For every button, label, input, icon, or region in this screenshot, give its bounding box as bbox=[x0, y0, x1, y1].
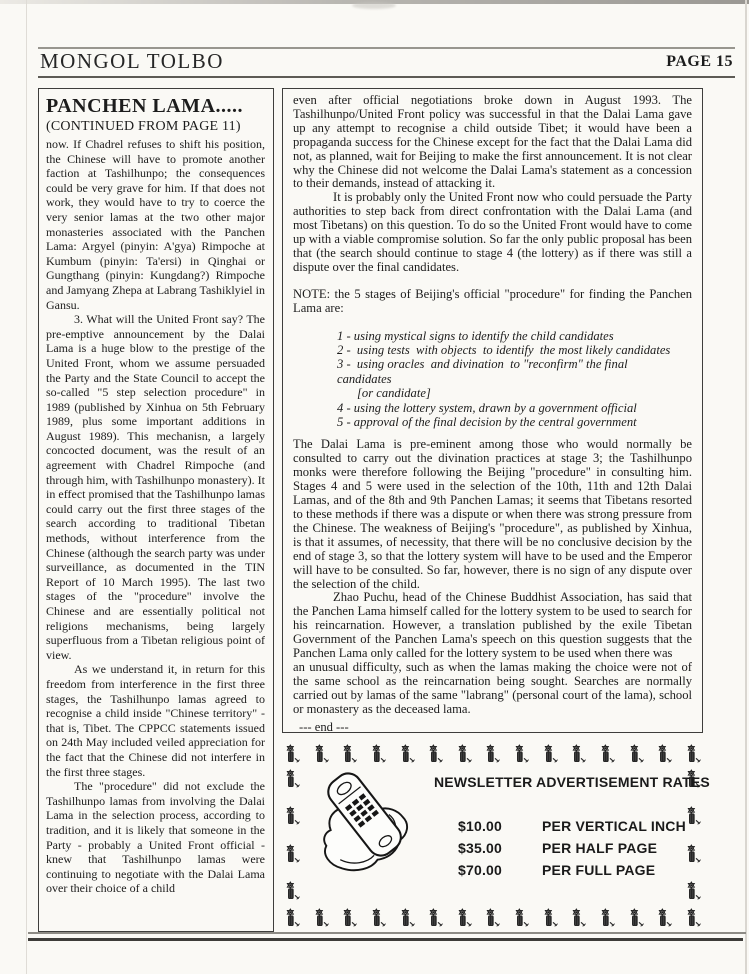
rate-price: $35.00 bbox=[458, 840, 542, 856]
paragraph: even after official negotiations broke d… bbox=[293, 94, 692, 191]
scan-artifact-right-edge bbox=[745, 0, 747, 974]
rate-unit: PER FULL PAGE bbox=[542, 862, 710, 878]
note-text: NOTE: the 5 stages of Beijing's official… bbox=[293, 288, 692, 316]
stage-list: 1 - using mystical signs to identify the… bbox=[337, 329, 692, 430]
paragraph: now. If Chadrel refuses to shift his pos… bbox=[46, 137, 265, 312]
firecracker-icon bbox=[571, 907, 587, 929]
firecracker-icon bbox=[285, 907, 301, 929]
header-rule-bottom bbox=[38, 76, 735, 78]
paragraph-gap bbox=[293, 275, 692, 288]
scan-artifact-left-edge bbox=[26, 0, 27, 974]
advertisement-content: NEWSLETTER ADVERTISEMENT RATES $10.00 PE… bbox=[302, 762, 683, 900]
rates-table: $10.00 PER VERTICAL INCH $35.00 PER HALF… bbox=[434, 818, 710, 878]
firecracker-icon bbox=[285, 743, 301, 765]
firecracker-icon bbox=[686, 907, 702, 929]
firecracker-icon bbox=[371, 907, 387, 929]
article-subtitle: (CONTINUED FROM PAGE 11) bbox=[46, 119, 265, 135]
firecracker-icon bbox=[285, 768, 301, 790]
firecracker-icon bbox=[657, 907, 673, 929]
paragraph-gap bbox=[293, 316, 692, 329]
end-mark: --- end --- bbox=[299, 720, 692, 733]
advertisement-text: NEWSLETTER ADVERTISEMENT RATES $10.00 PE… bbox=[428, 762, 710, 900]
firecracker-icon bbox=[285, 843, 301, 865]
stage-item: 3 - using oracles and divination to "rec… bbox=[337, 357, 692, 386]
article-left-column: PANCHEN LAMA..... (CONTINUED FROM PAGE 1… bbox=[38, 88, 274, 932]
firecracker-icon bbox=[543, 907, 559, 929]
footer-rule-top bbox=[28, 932, 746, 934]
firecracker-border-bottom bbox=[282, 906, 705, 930]
page-number: PAGE 15 bbox=[666, 53, 733, 71]
stage-item: 1 - using mystical signs to identify the… bbox=[337, 329, 692, 343]
paragraph: an unusual difficulty, such as when the … bbox=[293, 661, 692, 717]
rate-unit: PER HALF PAGE bbox=[542, 840, 710, 856]
stage-item: 5 - approval of the final decision by th… bbox=[337, 415, 692, 429]
firecracker-icon bbox=[485, 907, 501, 929]
rate-price: $70.00 bbox=[458, 862, 542, 878]
stage-item-continuation: [or candidate] bbox=[357, 386, 692, 400]
firecracker-icon bbox=[285, 805, 301, 827]
scan-artifact-smudge bbox=[352, 2, 396, 9]
rate-unit: PER VERTICAL INCH bbox=[542, 818, 710, 834]
firecracker-border-left bbox=[284, 768, 302, 902]
firecracker-icon bbox=[428, 907, 444, 929]
article-right-column: even after official negotiations broke d… bbox=[282, 88, 703, 733]
footer-rule-bottom bbox=[28, 938, 743, 941]
stage-item: 2 - using tests with objects to identify… bbox=[337, 343, 692, 357]
paragraph: The "procedure" did not exclude the Tash… bbox=[46, 779, 265, 896]
newsletter-page: MONGOL TOLBO PAGE 15 PANCHEN LAMA..... (… bbox=[0, 0, 749, 974]
firecracker-icon bbox=[514, 907, 530, 929]
firecracker-icon bbox=[457, 907, 473, 929]
stage-item: 4 - using the lottery system, drawn by a… bbox=[337, 401, 692, 415]
paragraph: As we understand it, in return for this … bbox=[46, 662, 265, 779]
cordless-phone-clipart bbox=[302, 762, 428, 900]
firecracker-icon bbox=[629, 907, 645, 929]
paragraph: It is probably only the United Front now… bbox=[293, 191, 692, 274]
rate-price: $10.00 bbox=[458, 818, 542, 834]
firecracker-icon bbox=[314, 907, 330, 929]
masthead-title: MONGOL TOLBO bbox=[40, 49, 224, 74]
firecracker-icon bbox=[400, 907, 416, 929]
advertisement-box: NEWSLETTER ADVERTISEMENT RATES $10.00 PE… bbox=[282, 742, 705, 930]
firecracker-icon bbox=[600, 907, 616, 929]
firecracker-icon bbox=[342, 907, 358, 929]
article-title: PANCHEN LAMA..... bbox=[46, 95, 265, 118]
paragraph: Zhao Puchu, head of the Chinese Buddhist… bbox=[293, 591, 692, 661]
paragraph: The Dalai Lama is pre-eminent among thos… bbox=[293, 438, 692, 591]
advertisement-title: NEWSLETTER ADVERTISEMENT RATES bbox=[434, 774, 710, 790]
paragraph: 3. What will the United Front say? The p… bbox=[46, 312, 265, 662]
firecracker-icon bbox=[285, 880, 301, 902]
